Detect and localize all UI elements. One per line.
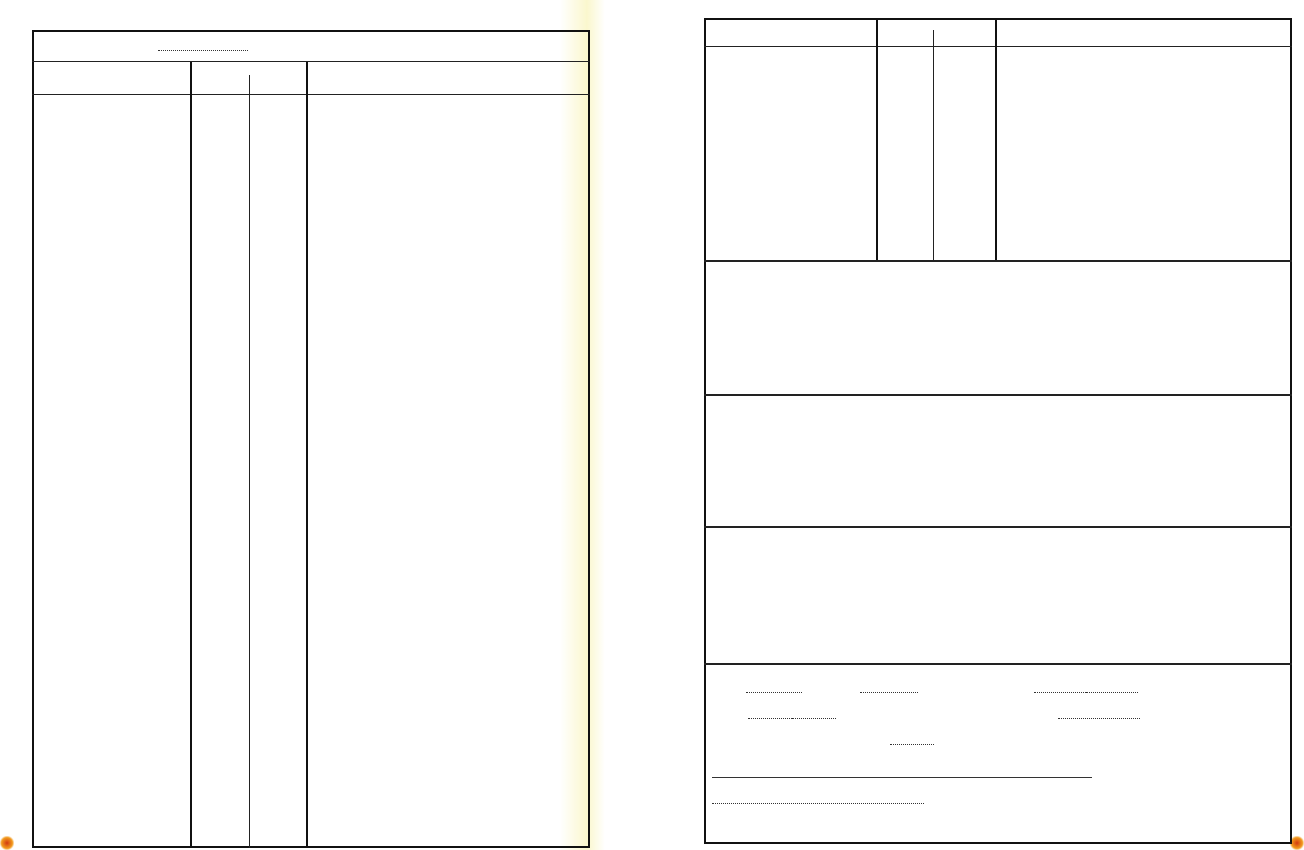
col-line [995, 18, 997, 260]
next-term-field [712, 795, 924, 807]
average-age-field [748, 710, 836, 722]
age-field [1034, 684, 1138, 696]
col-line [933, 30, 934, 260]
number-in-form-field [860, 684, 918, 696]
col-line [190, 62, 192, 848]
signature-field [712, 770, 1092, 781]
section-divider [704, 526, 1292, 528]
section-divider [704, 260, 1292, 262]
section-divider [704, 663, 1292, 665]
term-field [158, 50, 248, 51]
height-field [1058, 710, 1140, 722]
page-corner-mark [0, 836, 14, 850]
col-line [876, 18, 878, 260]
left-page-frame [32, 30, 590, 848]
weight-field [890, 736, 934, 748]
page-corner-mark [1290, 836, 1304, 850]
section-divider [704, 394, 1292, 396]
header-divider [704, 46, 1292, 47]
header-divider [32, 94, 590, 95]
col-line [249, 75, 250, 848]
form-field [746, 684, 802, 696]
report-title [158, 40, 248, 54]
col-line [306, 62, 308, 848]
divider [32, 61, 590, 62]
